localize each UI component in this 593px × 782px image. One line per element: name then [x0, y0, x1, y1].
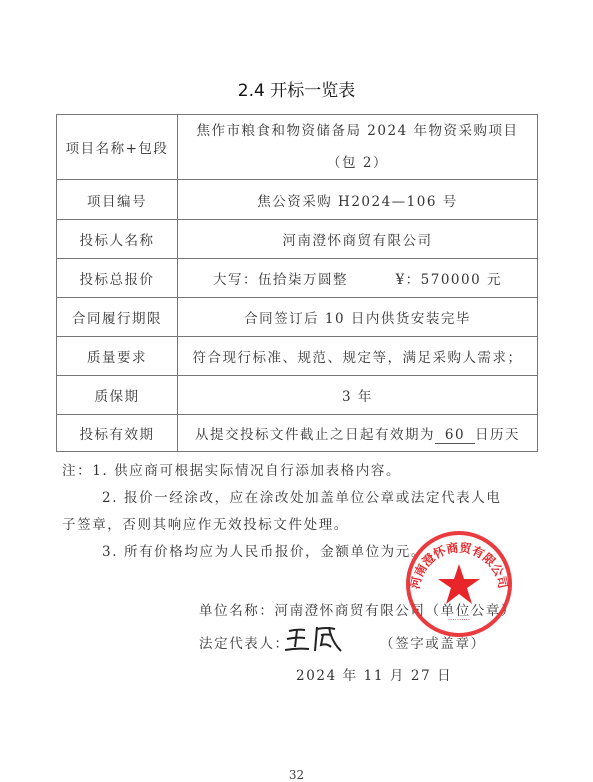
note-2: 2. 报价一经涂改，应在涂改处加盖单位公章或法定代表人电 — [62, 485, 532, 512]
svg-text:··········: ·········· — [448, 616, 470, 624]
page-title: 2.4 开标一览表 — [0, 76, 593, 101]
validity-days: 60 — [435, 427, 475, 444]
package: （包 2） — [178, 147, 537, 179]
row-label: 项目名称+包段 — [57, 115, 178, 180]
table-row: 项目编号 焦公资采购 H2024—106 号 — [57, 180, 538, 220]
row-label: 投标有效期 — [57, 415, 178, 452]
table-row: 投标人名称 河南澄怀商贸有限公司 — [57, 220, 538, 259]
row-value: 焦公资采购 H2024—106 号 — [178, 180, 538, 220]
legal-rep-label: 法定代表人： — [199, 632, 290, 652]
row-label: 项目编号 — [57, 180, 178, 220]
row-value: 3 年 — [178, 376, 538, 415]
table-row: 质量要求 符合现行标准、规范、规定等，满足采购人需求； — [57, 337, 538, 376]
table-row: 投标总报价 大写：伍拾柒万圆整 ¥：570000 元 — [57, 259, 538, 298]
row-value: 合同签订后 10 日内供货安装完毕 — [178, 298, 538, 337]
row-label: 投标人名称 — [57, 220, 178, 259]
note-1: 注：1. 供应商可根据实际情况自行添加表格内容。 — [62, 458, 532, 485]
bid-opening-table: 项目名称+包段 焦作市粮食和物资储备局 2024 年物资采购项目 （包 2） 项… — [56, 114, 538, 452]
row-value: 焦作市粮食和物资储备局 2024 年物资采购项目 （包 2） — [178, 115, 538, 180]
row-value: 大写：伍拾柒万圆整 ¥：570000 元 — [178, 259, 538, 298]
company-seal: 河南澄怀商贸有限公司 ·········· — [405, 530, 513, 638]
validity-suffix: 日历天 — [475, 427, 520, 443]
row-label: 质保期 — [57, 376, 178, 415]
row-value: 符合现行标准、规范、规定等，满足采购人需求； — [178, 337, 538, 376]
handwritten-signature — [283, 621, 343, 657]
table-row: 合同履行期限 合同签订后 10 日内供货安装完毕 — [57, 298, 538, 337]
table-row: 质保期 3 年 — [57, 376, 538, 415]
price-in-number: ¥：570000 元 — [396, 272, 502, 288]
row-label: 质量要求 — [57, 337, 178, 376]
row-label: 投标总报价 — [57, 259, 178, 298]
project-name: 焦作市粮食和物资储备局 2024 年物资采购项目 — [178, 115, 537, 147]
sign-date: 2024 年 11 月 27 日 — [296, 664, 452, 684]
row-value: 从提交投标文件截止之日起有效期为60日历天 — [178, 415, 538, 452]
table-row: 项目名称+包段 焦作市粮食和物资储备局 2024 年物资采购项目 （包 2） — [57, 115, 538, 180]
table-row: 投标有效期 从提交投标文件截止之日起有效期为60日历天 — [57, 415, 538, 452]
price-in-words: 大写：伍拾柒万圆整 — [213, 272, 348, 288]
validity-prefix: 从提交投标文件截止之日起有效期为 — [195, 427, 435, 443]
row-value: 河南澄怀商贸有限公司 — [178, 220, 538, 259]
page-number: 32 — [0, 768, 593, 782]
row-label: 合同履行期限 — [57, 298, 178, 337]
